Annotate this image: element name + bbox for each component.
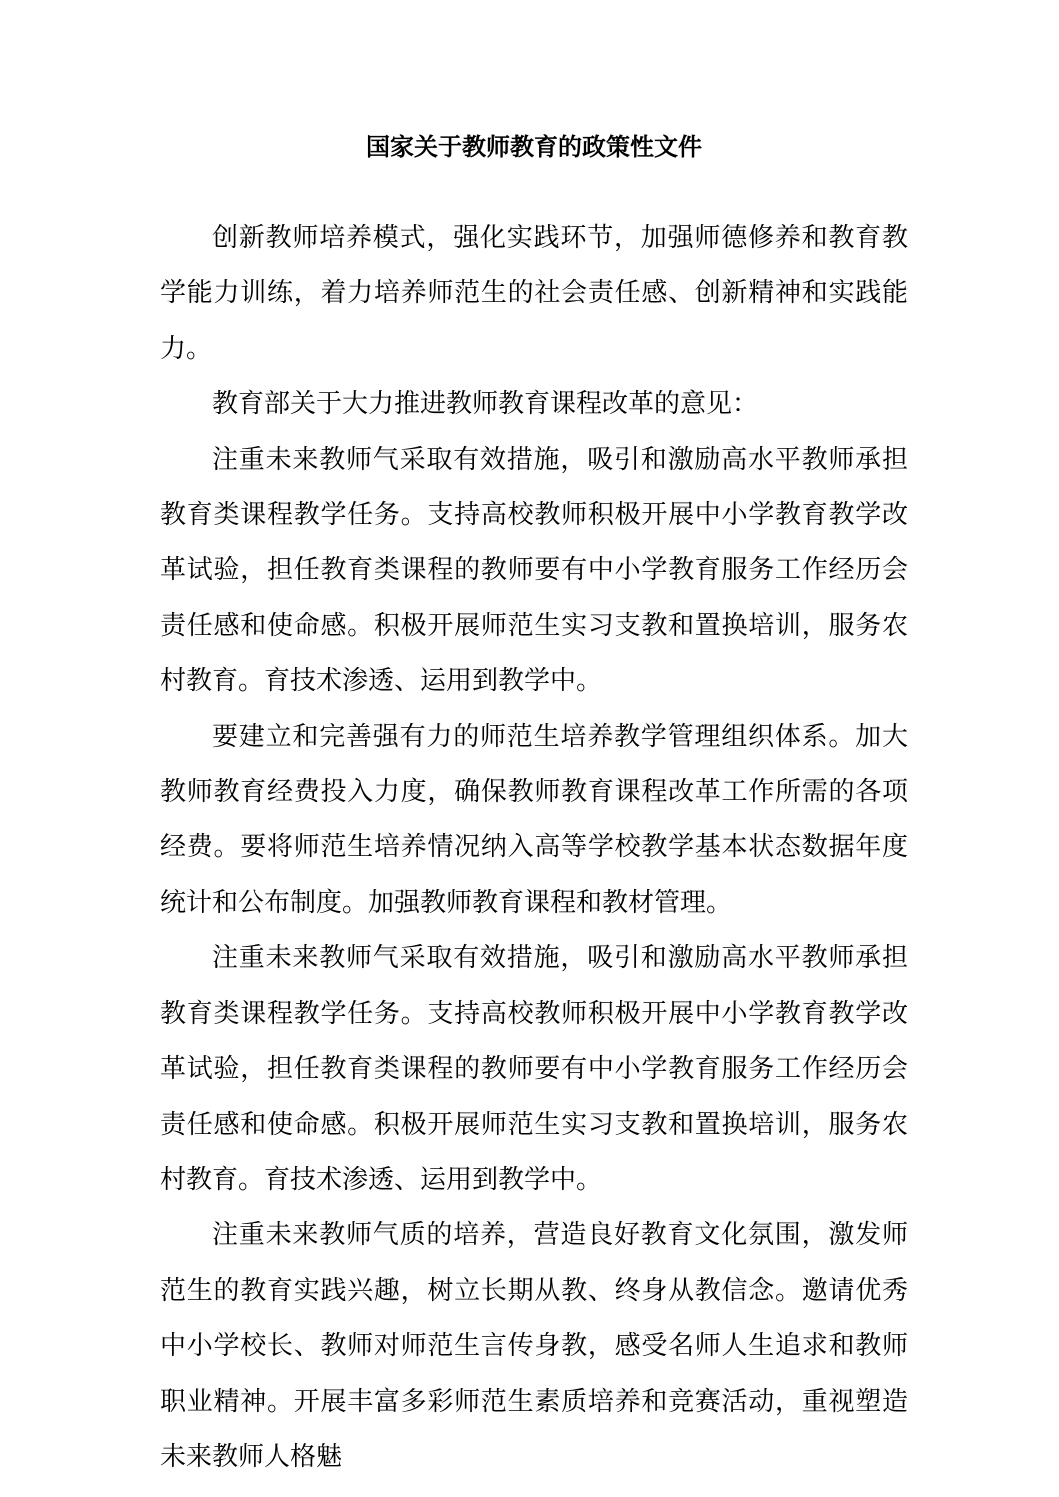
document-page: 国家关于教师教育的政策性文件 创新教师培养模式，强化实践环节，加强师德修养和教育… [0, 0, 1059, 1497]
paragraph-quality-cultivation: 注重未来教师气质的培养，营造良好教育文化氛围，激发师范生的教育实践兴趣，树立长期… [160, 1207, 908, 1484]
paragraph-management: 要建立和完善强有力的师范生培养教学管理组织体系。加大教师教育经费投入力度，确保教… [160, 709, 908, 931]
document-title: 国家关于教师教育的政策性文件 [160, 0, 908, 166]
document-content: 国家关于教师教育的政策性文件 创新教师培养模式，强化实践环节，加强师德修养和教育… [160, 0, 908, 1484]
paragraph-opinion-heading: 教育部关于大力推进教师教育课程改革的意见： [160, 376, 908, 431]
paragraph-measures-1: 注重未来教师气采取有效措施，吸引和激励高水平教师承担教育类课程教学任务。支持高校… [160, 432, 908, 709]
paragraph-measures-2: 注重未来教师气采取有效措施，吸引和激励高水平教师承担教育类课程教学任务。支持高校… [160, 930, 908, 1207]
paragraph-intro: 创新教师培养模式，强化实践环节，加强师德修养和教育教学能力训练，着力培养师范生的… [160, 210, 908, 376]
